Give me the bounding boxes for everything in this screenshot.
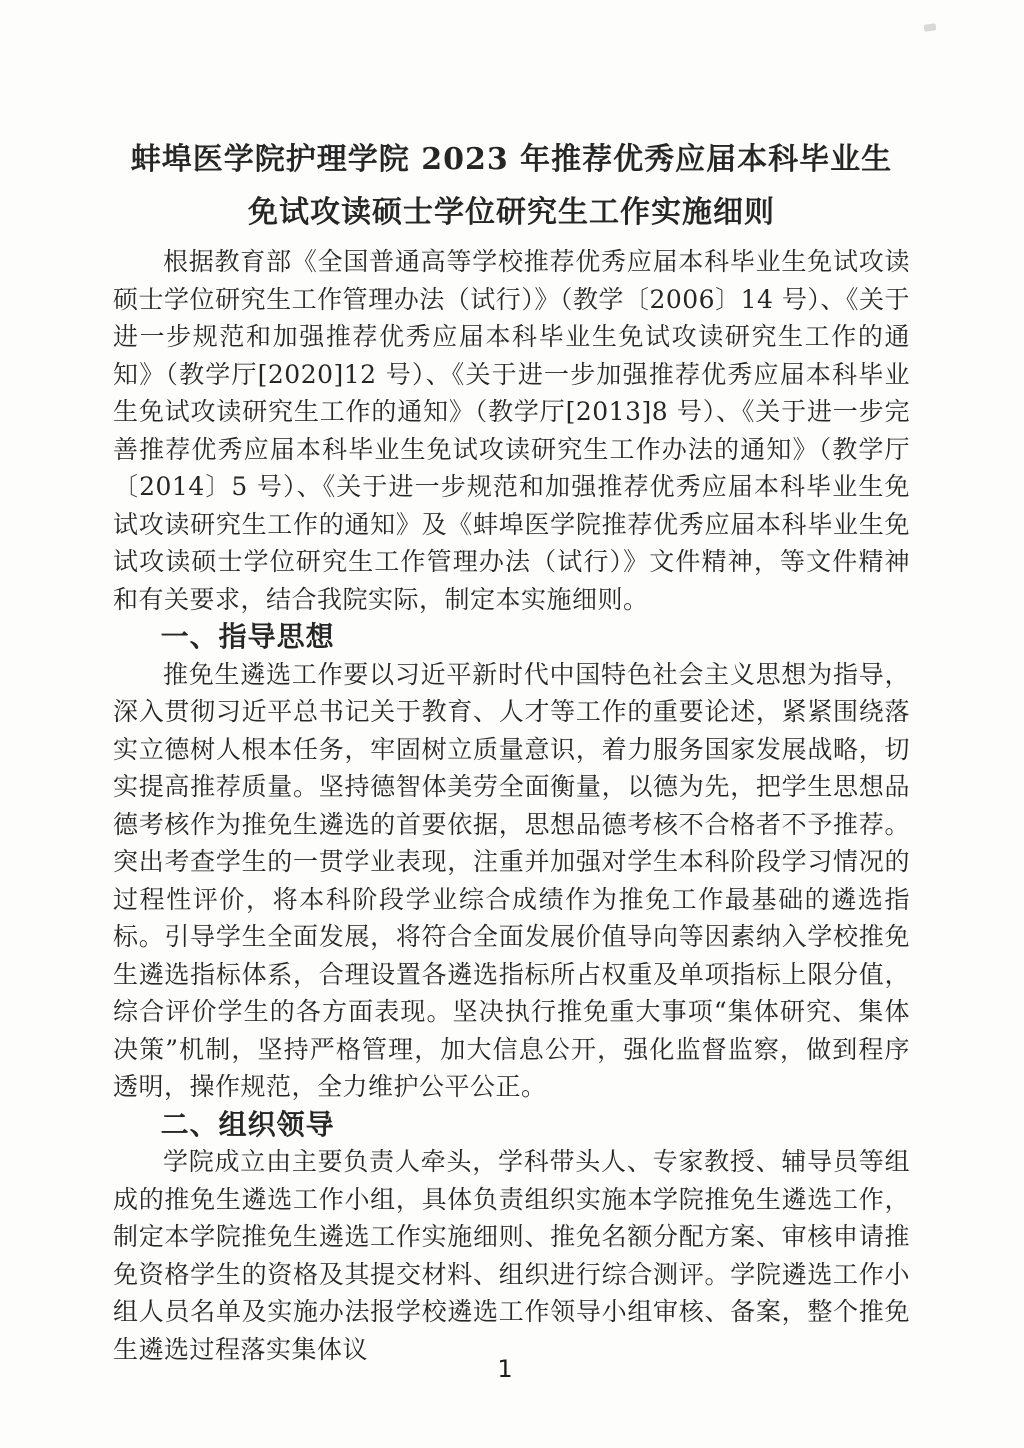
paragraph-organization-leadership: 学院成立由主要负责人牵头，学科带头人、专家教授、辅导员等组成的推免生遴选工作小组… [113,1143,910,1368]
scan-artifact [924,23,937,32]
paragraph-guiding-ideology: 推免生遴选工作要以习近平新时代中国特色社会主义思想为指导，深入贯彻习近平总书记关… [113,656,910,1106]
paragraph-legal-basis: 根据教育部《全国普通高等学校推荐优秀应届本科毕业生免试攻读硕士学位研究生工作管理… [113,243,910,618]
document-title-line-1: 蚌埠医学院护理学院 2023 年推荐优秀应届本科毕业生 [113,140,910,180]
page-number: 1 [0,1355,1010,1383]
document-page: 蚌埠医学院护理学院 2023 年推荐优秀应届本科毕业生 免试攻读硕士学位研究生工… [0,0,1024,1448]
section-heading-organization-leadership: 二、组织领导 [113,1106,910,1144]
section-heading-guiding-ideology: 一、指导思想 [113,618,910,656]
document-content: 蚌埠医学院护理学院 2023 年推荐优秀应届本科毕业生 免试攻读硕士学位研究生工… [113,140,910,1368]
document-title-line-2: 免试攻读硕士学位研究生工作实施细则 [113,193,910,233]
